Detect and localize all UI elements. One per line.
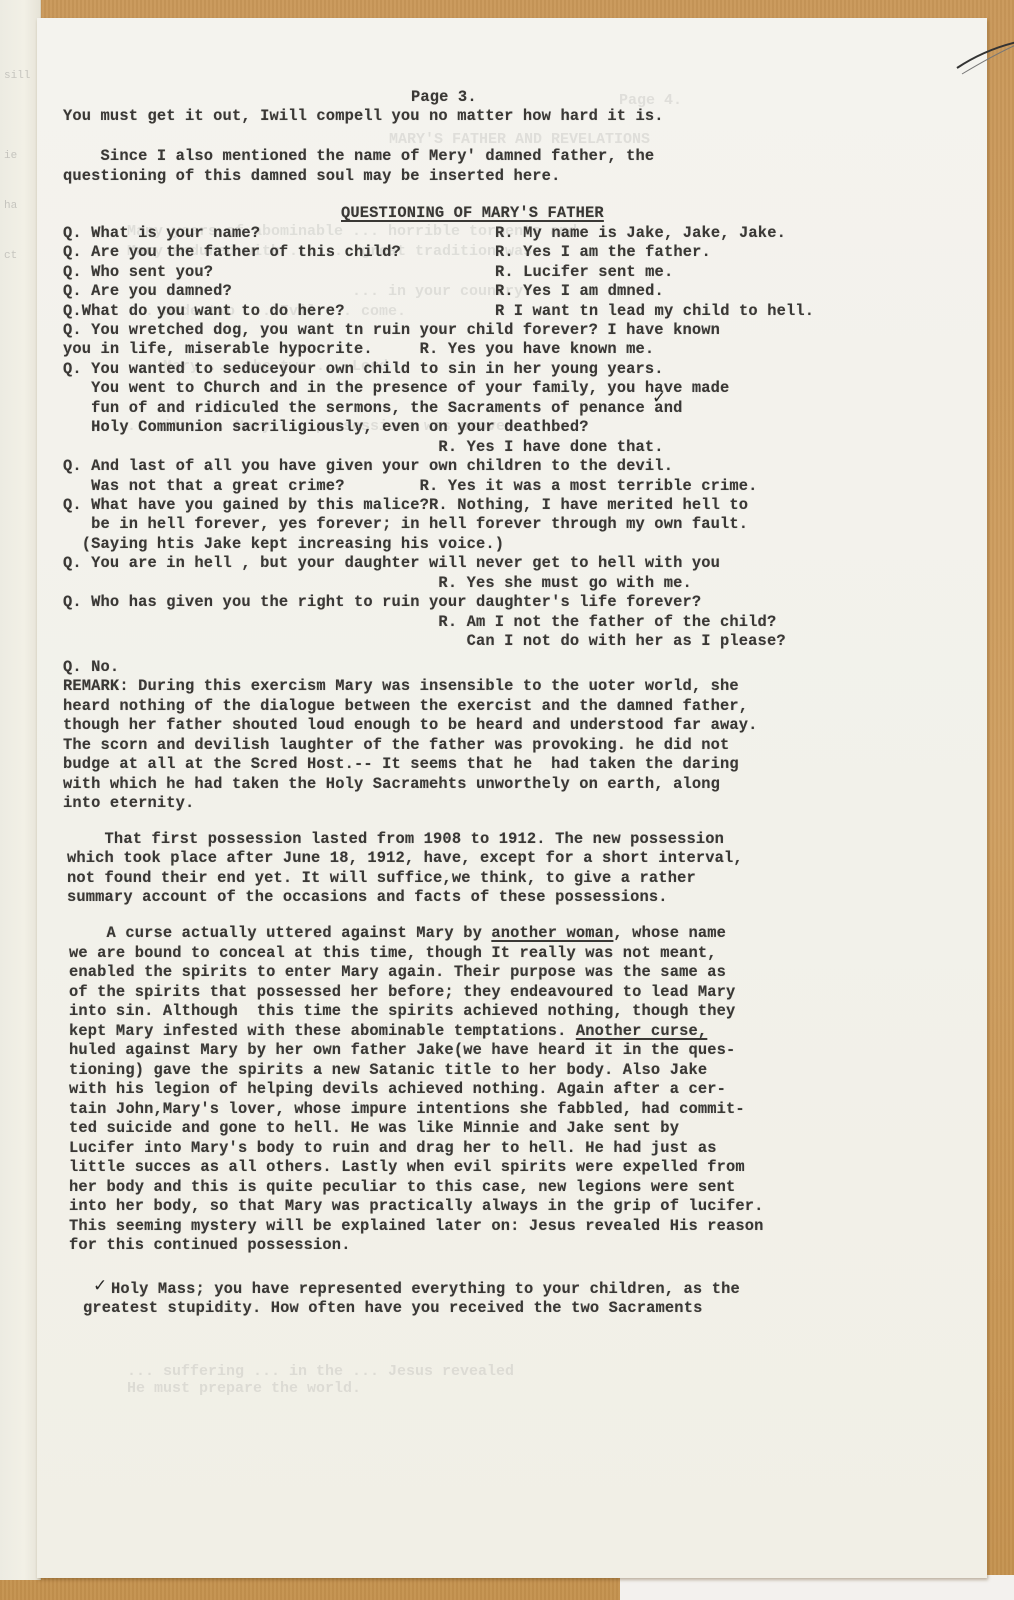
text-line: Can I not do with her as I please?	[63, 632, 786, 651]
text-line: R. Am I not the father of the child?	[63, 613, 776, 632]
response: R. My name is Jake, Jake, Jake.	[495, 224, 786, 243]
text-line: with his legion of helping devils achiev…	[69, 1080, 726, 1099]
ghost-text: ha	[4, 200, 17, 212]
text-line: little succes as all others. Lastly when…	[69, 1158, 745, 1177]
response: R I want tn lead my child to hell.	[495, 302, 814, 321]
text-segment: kept Mary infested with these abominable…	[69, 1022, 576, 1040]
text-line: you in life, miserable hypocrite. R. Yes…	[63, 340, 654, 359]
text-line: into sin. Although this time the spirits…	[69, 1002, 735, 1021]
text-line: A curse actually uttered against Mary by…	[69, 924, 726, 943]
text-line: Was not that a great crime? R. Yes it wa…	[63, 477, 758, 496]
pencil-mark-icon	[952, 38, 1014, 78]
text-line: into her body, so that Mary was practica…	[69, 1197, 764, 1216]
footnote-line: Holy Mass; you have represented everythi…	[111, 1280, 740, 1299]
remark-line: heard nothing of the dialogue between th…	[63, 697, 748, 716]
remark-line: into eternity.	[63, 794, 194, 813]
text-line: for this continued possession.	[69, 1236, 351, 1255]
text-line: not found their end yet. It will suffice…	[67, 869, 696, 888]
text-line: Q. And last of all you have given your o…	[63, 457, 673, 476]
remark-line: with which he had taken the Holy Sacrame…	[63, 775, 720, 794]
remark-line: budge at all at the Scred Host.-- It see…	[63, 755, 739, 774]
text-line: Q. No.	[63, 658, 119, 677]
text-line: kept Mary infested with these abominable…	[69, 1022, 707, 1041]
text-line: which took place after June 18, 1912, ha…	[67, 849, 743, 868]
bleed-through-text: ... suffering ... in the ... Jesus revea…	[127, 1363, 514, 1380]
text-line: R. Yes she must go with me.	[63, 574, 692, 593]
page-number: Page 3.	[411, 88, 477, 107]
text-line: Lucifer into Mary's body to ruin and dra…	[69, 1139, 717, 1158]
text-segment: , whose name	[613, 924, 726, 942]
remark-line: REMARK: During this exercism Mary was in…	[63, 677, 739, 696]
text-line: This seeming mystery will be explained l…	[69, 1217, 764, 1236]
text-line: of the spirits that possessed her before…	[69, 983, 735, 1002]
question: Q.What do you want to do here?	[63, 302, 345, 321]
typewritten-page: Page 4. MARY'S FATHER AND REVELATIONS Ma…	[37, 18, 987, 1578]
text-line: (Saying htis Jake kept increasing his vo…	[63, 535, 504, 554]
text-line: Q. You wanted to seduceyour own child to…	[63, 360, 664, 379]
section-title: QUESTIONING OF MARY'S FATHER	[341, 204, 604, 223]
text-line: Q. You are in hell , but your daughter w…	[63, 554, 720, 573]
text-line: her body and this is quite peculiar to t…	[69, 1178, 735, 1197]
text-line: be in hell forever, yes forever; in hell…	[63, 515, 748, 534]
text-line: That first possession lasted from 1908 t…	[67, 830, 724, 849]
bleed-through-text: He must prepare the world.	[127, 1380, 361, 1397]
text-line: enabled the spirits to enter Mary again.…	[69, 963, 726, 982]
text-line: huled against Mary by her own father Jak…	[69, 1041, 735, 1060]
bleed-through-text: MARY'S FATHER AND REVELATIONS	[317, 131, 650, 148]
text-line: Since I also mentioned the name of Mery'…	[63, 147, 654, 166]
remark-line: though her father shouted loud enough to…	[63, 716, 758, 735]
response: R. Yes I am dmned.	[495, 282, 664, 301]
remark-line: The scorn and devilish laughter of the f…	[63, 736, 729, 755]
underlined-phrase: Another curse,	[576, 1022, 707, 1040]
text-line: we are bound to conceal at this time, th…	[69, 944, 717, 963]
question: Q. What is your name?	[63, 224, 260, 243]
check-mark-icon: ✓	[652, 388, 666, 408]
response: R. Lucifer sent me.	[495, 263, 673, 282]
question: Q. Are you the father of this child?	[63, 243, 401, 262]
question: Q. Who sent you?	[63, 263, 213, 282]
underlined-phrase: another woman	[491, 924, 613, 942]
text-line: tain John,Mary's lover, whose impure int…	[69, 1100, 745, 1119]
ghost-text: ct	[4, 250, 17, 262]
text-segment: A curse actually uttered against Mary by	[69, 924, 491, 942]
text-line: Holy Communion sacriligiously, even on y…	[63, 418, 589, 437]
response: R. Yes I am the father.	[495, 243, 711, 262]
left-facing-page-edge: sill ie ha ct	[0, 0, 41, 1580]
text-line: You went to Church and in the presence o…	[63, 379, 729, 398]
check-mark-icon: ✓	[93, 1276, 107, 1296]
text-line: summary account of the occasions and fac…	[67, 888, 668, 907]
text-line: Q. You wretched dog, you want tn ruin yo…	[63, 321, 720, 340]
text-line: Q. Who has given you the right to ruin y…	[63, 593, 701, 612]
text-line: tioning) gave the spirits a new Satanic …	[69, 1061, 707, 1080]
text-line: R. Yes I have done that.	[63, 438, 664, 457]
ghost-text: ie	[4, 150, 17, 162]
question: Q. Are you damned?	[63, 282, 232, 301]
footnote-line: greatest stupidity. How often have you r…	[83, 1299, 702, 1318]
text-line: ted suicide and gone to hell. He was lik…	[69, 1119, 679, 1138]
text-line: fun of and ridiculed the sermons, the Sa…	[63, 399, 682, 418]
table-surface	[620, 1575, 1014, 1600]
text-line: You must get it out, Iwill compell you n…	[63, 107, 664, 126]
text-line: Q. What have you gained by this malice?R…	[63, 496, 748, 515]
ghost-text: sill	[4, 70, 30, 82]
text-line: questioning of this damned soul may be i…	[63, 167, 560, 186]
